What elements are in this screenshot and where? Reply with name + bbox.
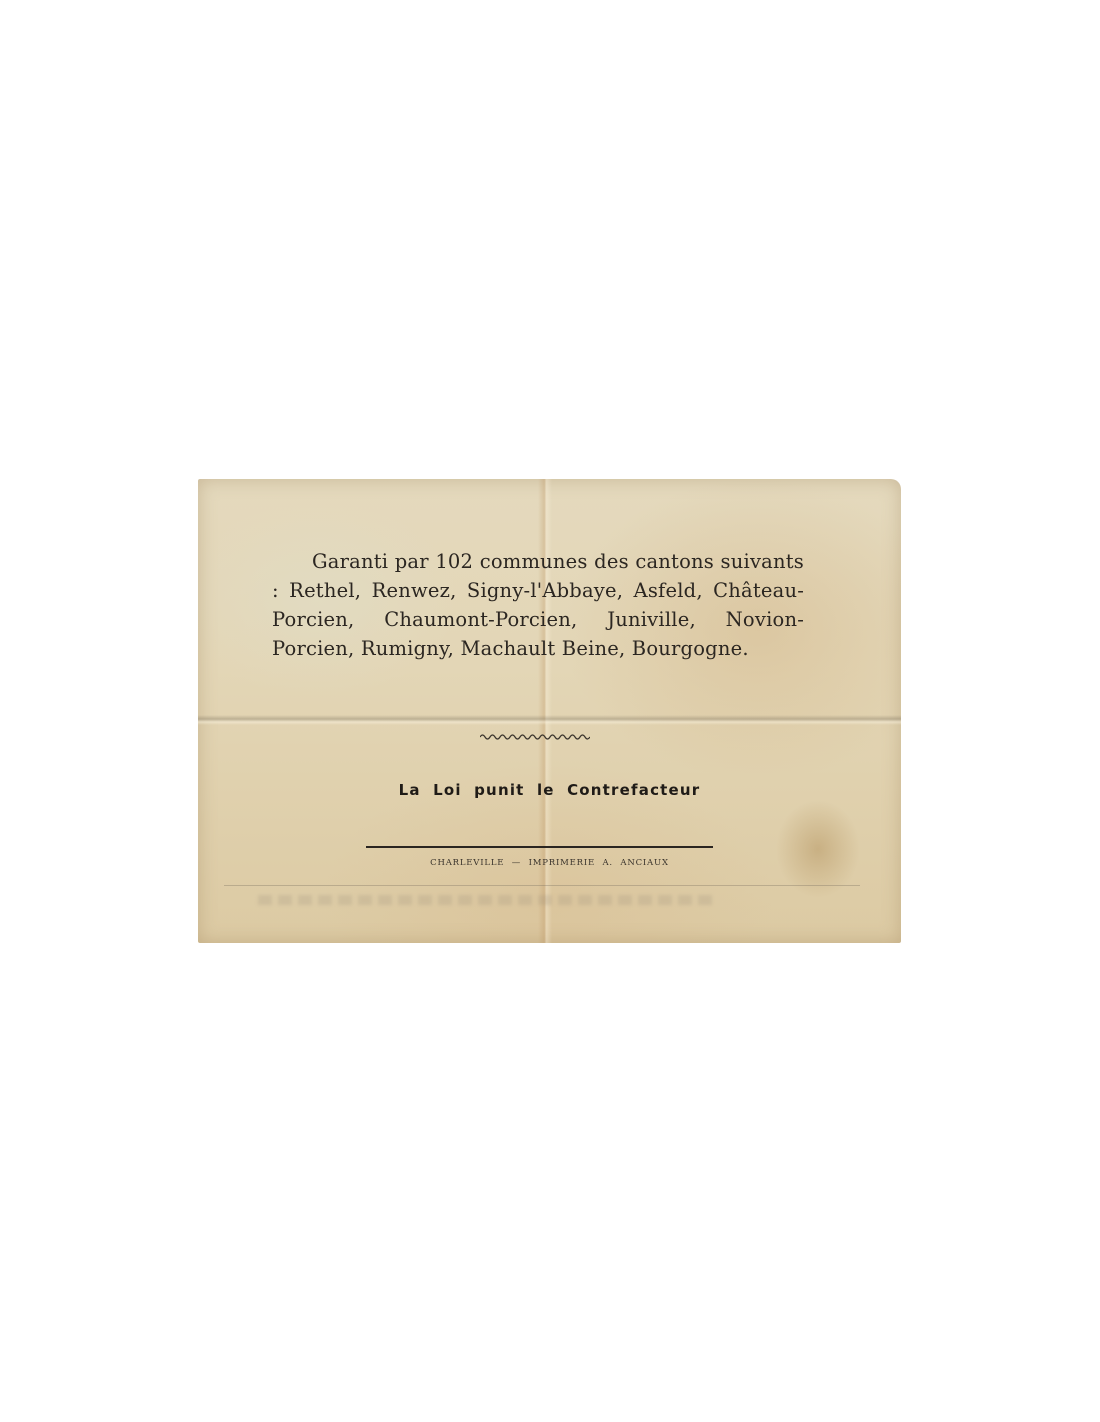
wavy-divider-icon (480, 733, 590, 741)
printer-imprint: CHARLEVILLE — IMPRIMERIE A. ANCIAUX (198, 858, 901, 868)
horizontal-fold-crease (198, 715, 901, 725)
faint-bleedthrough-text (258, 895, 718, 905)
guarantee-paragraph: Garanti par 102 communes des cantons sui… (272, 547, 804, 663)
faint-bleedthrough-rule (224, 885, 860, 886)
guarantee-text: Garanti par 102 communes des cantons sui… (272, 550, 804, 660)
divider-rule (366, 846, 713, 848)
banknote-reverse: Garanti par 102 communes des cantons sui… (198, 479, 901, 943)
law-notice: La Loi punit le Contrefacteur (198, 781, 901, 799)
